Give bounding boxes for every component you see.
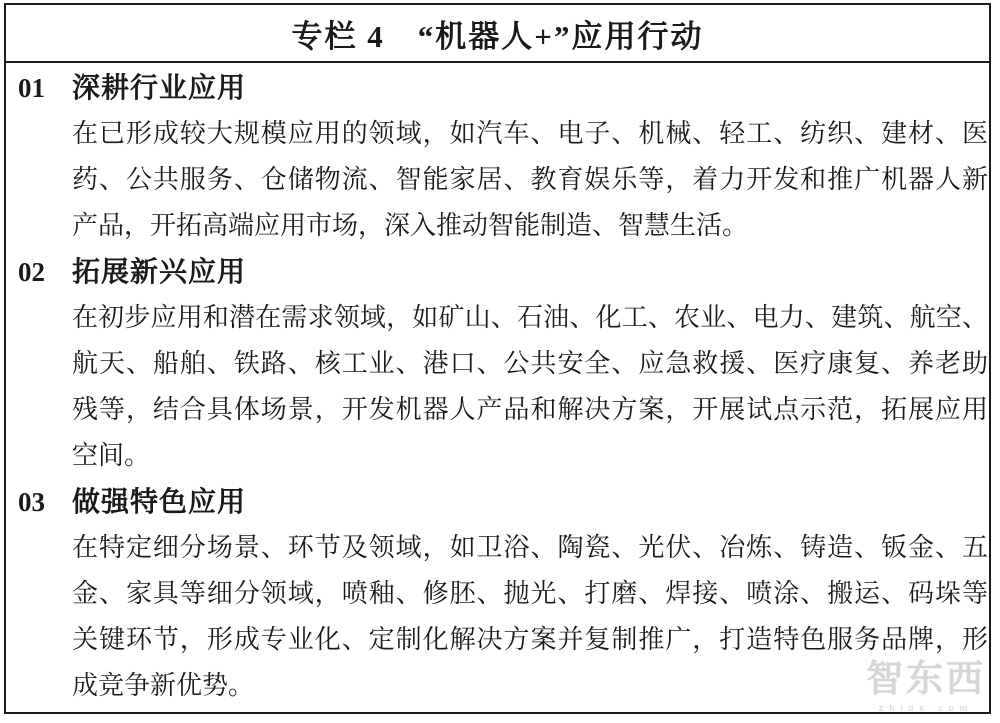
section-number: 03 [18, 479, 72, 525]
section-title: 做强特色应用 [72, 479, 246, 525]
section-body-2: 在初步应用和潜在需求领域，如矿山、石油、化工、农业、电力、建筑、航空、 航天、船… [72, 295, 988, 479]
section-title: 深耕行业应用 [72, 65, 246, 111]
body-line: 成竞争新优势。 [72, 663, 988, 709]
panel-title: 专栏 4 “机器人+”应用行动 [292, 11, 704, 56]
section-body-1: 在已形成较大规模应用的领域，如汽车、电子、机械、轻工、纺织、建材、医 药、公共服… [72, 111, 988, 249]
section-heading-2: 02 拓展新兴应用 [18, 249, 989, 295]
section-heading-3: 03 做强特色应用 [18, 479, 989, 525]
body-line: 空间。 [72, 433, 988, 479]
body-line: 在已形成较大规模应用的领域，如汽车、电子、机械、轻工、纺织、建材、医 [72, 111, 988, 157]
section-title: 拓展新兴应用 [72, 249, 246, 295]
section-body-3: 在特定细分场景、环节及领域，如卫浴、陶瓷、光伏、冶炼、铸造、钣金、五 金、家具等… [72, 525, 988, 709]
body-line: 关键环节，形成专业化、定制化解决方案并复制推广，打造特色服务品牌，形 [72, 617, 988, 663]
panel-border-box: 专栏 4 “机器人+”应用行动 01 深耕行业应用 在已形成较大规模应用的领域，… [4, 3, 991, 714]
panel-content: 01 深耕行业应用 在已形成较大规模应用的领域，如汽车、电子、机械、轻工、纺织、… [6, 63, 989, 709]
document-page: 专栏 4 “机器人+”应用行动 01 深耕行业应用 在已形成较大规模应用的领域，… [0, 0, 1000, 723]
panel-title-row: 专栏 4 “机器人+”应用行动 [6, 5, 989, 63]
body-line: 航天、船舶、铁路、核工业、港口、公共安全、应急救援、医疗康复、养老助 [72, 341, 988, 387]
body-line: 药、公共服务、仓储物流、智能家居、教育娱乐等，着力开发和推广机器人新 [72, 157, 988, 203]
section-heading-1: 01 深耕行业应用 [18, 65, 989, 111]
body-line: 残等，结合具体场景，开发机器人产品和解决方案，开展试点示范，拓展应用 [72, 387, 988, 433]
section-number: 01 [18, 65, 72, 111]
body-line: 产品，开拓高端应用市场，深入推动智能制造、智慧生活。 [72, 203, 988, 249]
body-line: 金、家具等细分领域，喷釉、修胚、抛光、打磨、焊接、喷涂、搬运、码垛等 [72, 571, 988, 617]
body-line: 在特定细分场景、环节及领域，如卫浴、陶瓷、光伏、冶炼、铸造、钣金、五 [72, 525, 988, 571]
section-number: 02 [18, 249, 72, 295]
body-line: 在初步应用和潜在需求领域，如矿山、石油、化工、农业、电力、建筑、航空、 [72, 295, 988, 341]
